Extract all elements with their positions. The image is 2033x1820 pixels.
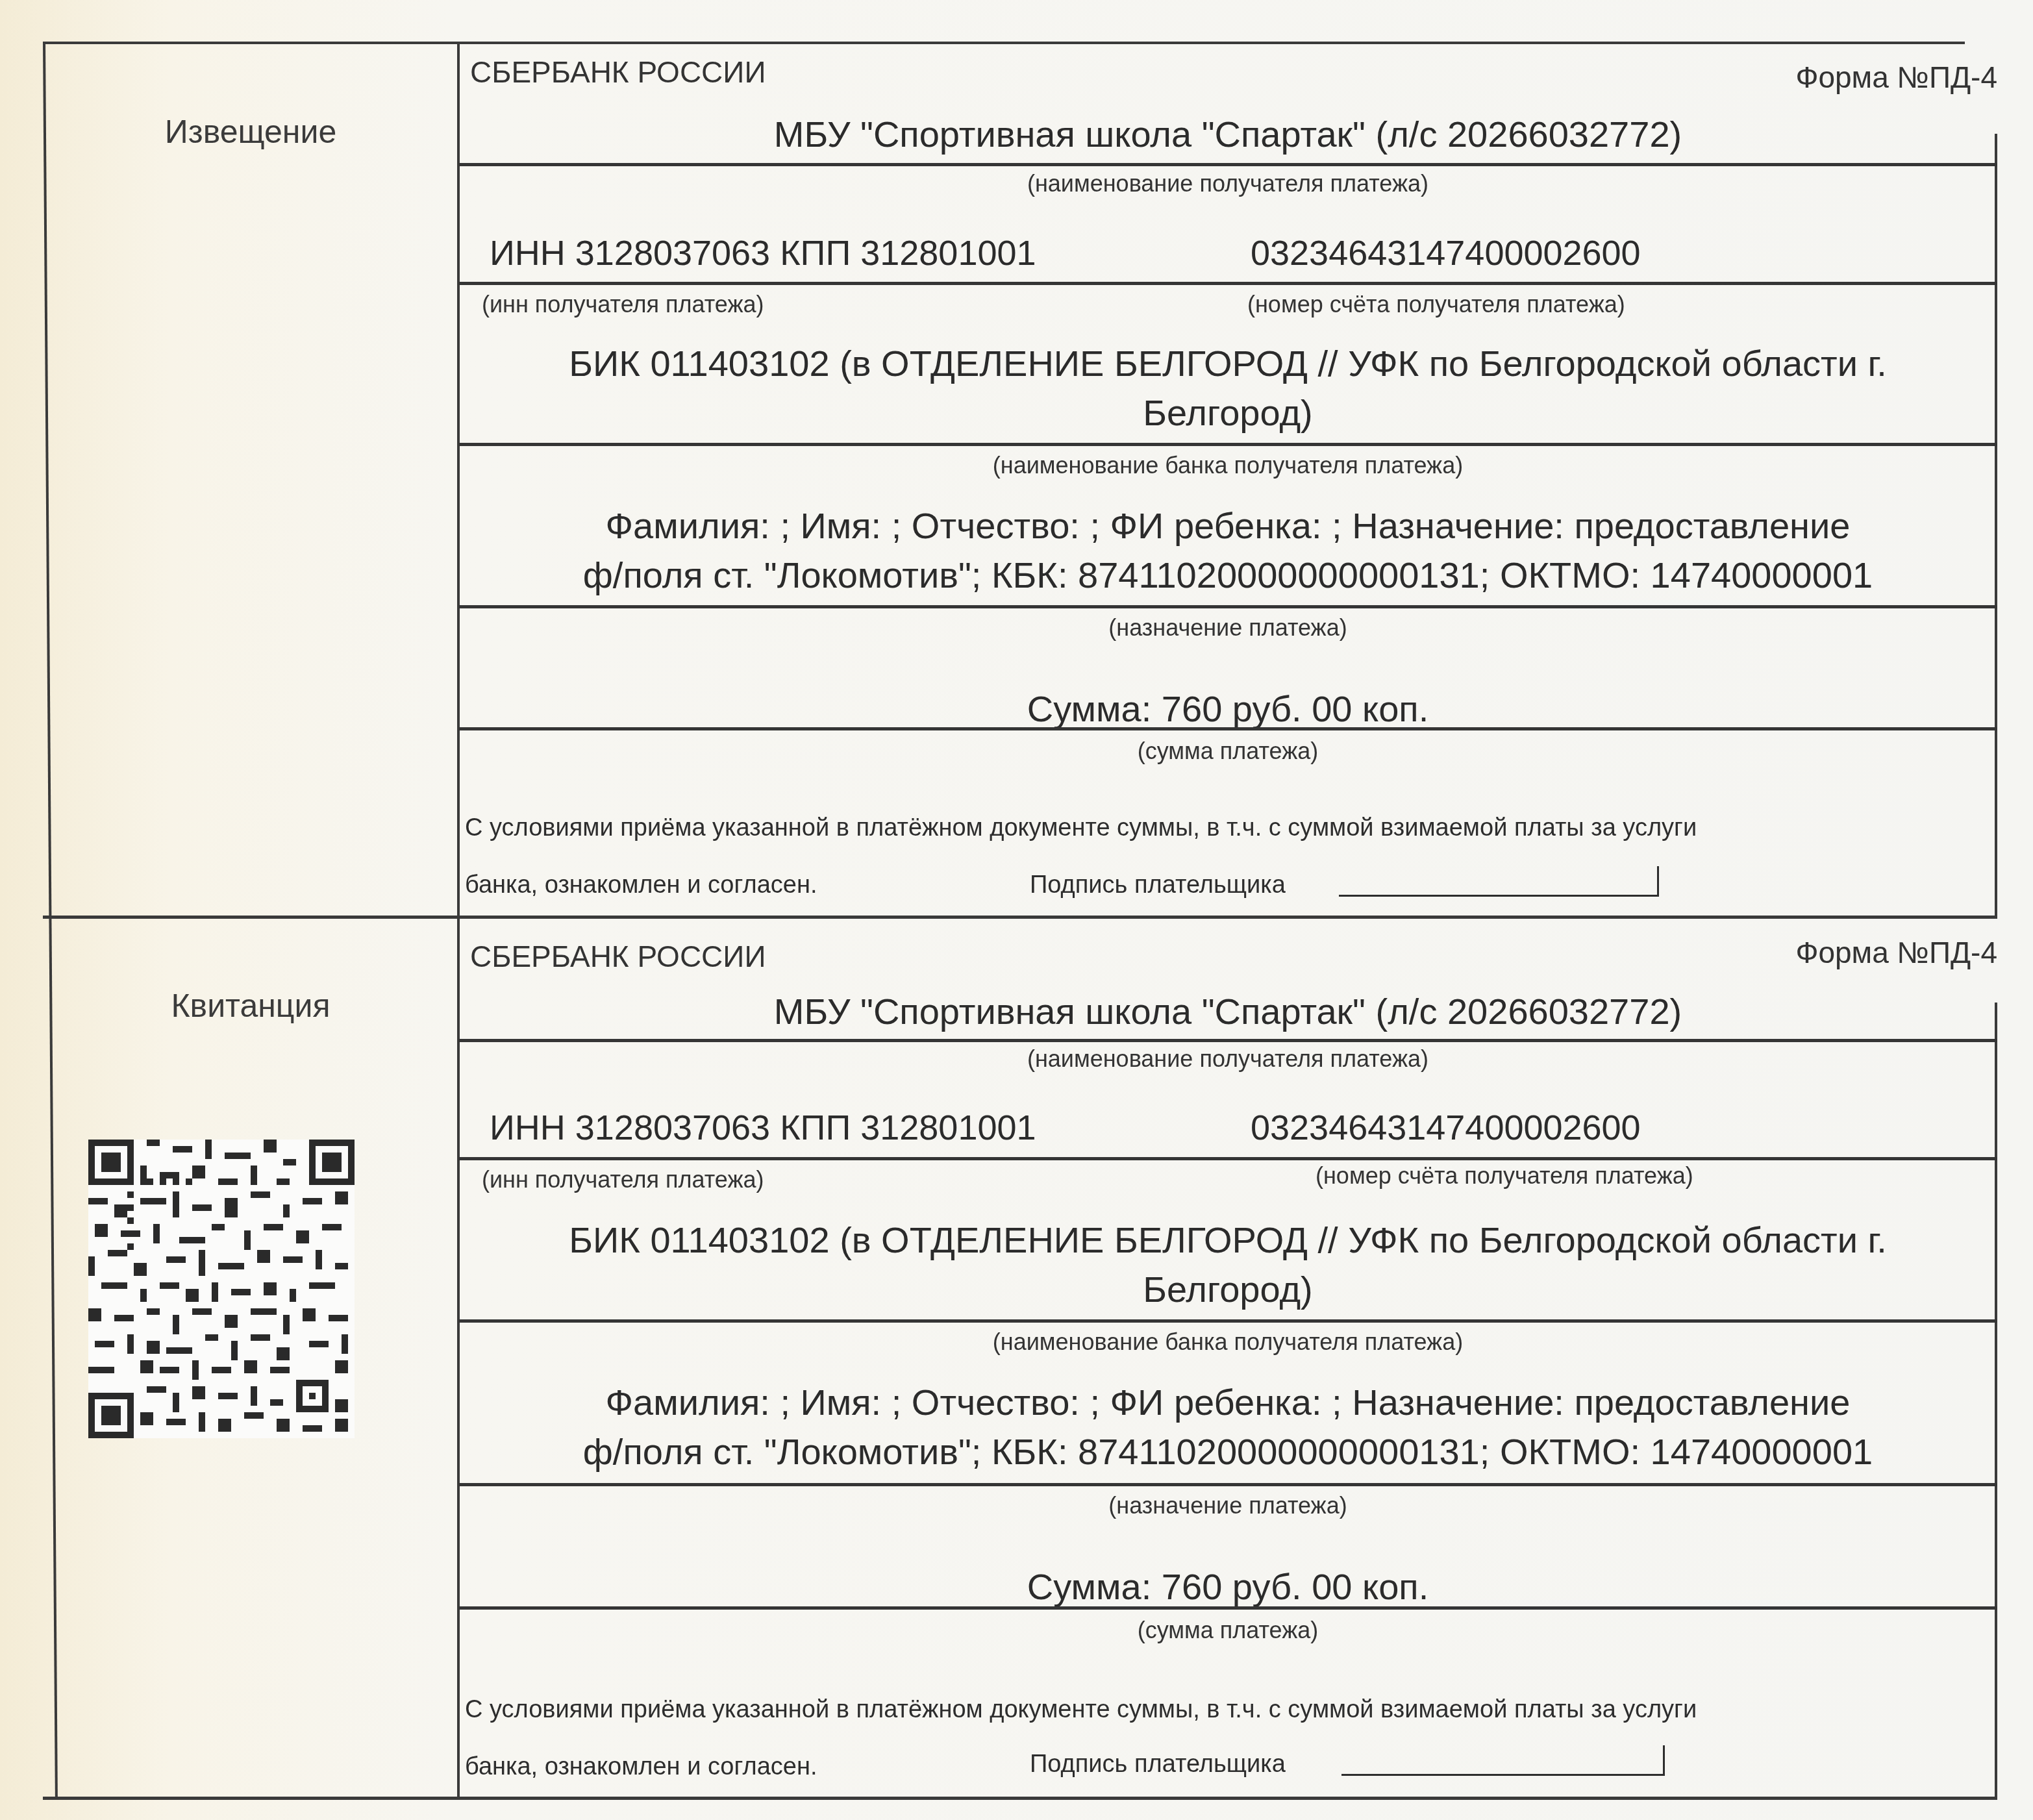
- purpose-caption: (назначение платежа): [458, 1492, 1997, 1519]
- disclaimer-line1: С условиями приёма указанной в платёжном…: [465, 814, 1697, 842]
- account-caption: (номер счёта получателя платежа): [1316, 1162, 1693, 1190]
- row-divider: [458, 1319, 1997, 1323]
- notice-details: СБЕРБАНК РОССИИ Форма №ПД-4 МБУ "Спортив…: [458, 42, 1997, 916]
- row-divider: [458, 443, 1997, 446]
- purpose-caption: (назначение платежа): [458, 614, 1997, 642]
- bank-name: СБЕРБАНК РОССИИ: [470, 939, 766, 974]
- receipt-label: Квитанция: [43, 987, 458, 1025]
- row-divider: [458, 727, 1997, 730]
- bank-caption: (наименование банка получателя платежа): [458, 452, 1997, 479]
- inn-caption: (инн получателя платежа): [482, 1166, 764, 1193]
- purpose-line2: ф/поля ст. "Локомотив"; КБК: 87411020000…: [458, 551, 1997, 600]
- row-divider: [458, 1483, 1997, 1486]
- account-caption: (номер счёта получателя платежа): [1247, 291, 1625, 318]
- signature-field[interactable]: [1339, 866, 1659, 897]
- bank-name: СБЕРБАНК РОССИИ: [470, 55, 766, 90]
- purpose-line1: Фамилия: ; Имя: ; Отчество: ; ФИ ребенка…: [458, 501, 1997, 551]
- amount-caption: (сумма платежа): [458, 738, 1997, 765]
- signature-label: Подпись плательщика: [1030, 1751, 1286, 1778]
- pd4-payment-form: Извещение СБЕРБАНК РОССИИ Форма №ПД-4 МБ…: [43, 42, 1997, 1800]
- inn-kpp: ИНН 3128037063 КПП 312801001: [490, 233, 1036, 273]
- bank-details-line2: Белгород): [458, 388, 1997, 438]
- notice-section: Извещение СБЕРБАНК РОССИИ Форма №ПД-4 МБ…: [43, 42, 1997, 916]
- bank-caption: (наименование банка получателя платежа): [458, 1328, 1997, 1356]
- bank-details-line1: БИК 011403102 (в ОТДЕЛЕНИЕ БЕЛГОРОД // У…: [458, 1215, 1997, 1265]
- notice-label: Извещение: [43, 113, 458, 151]
- recipient-name-caption: (наименование получателя платежа): [458, 170, 1997, 197]
- receipt-section: Квитанция: [43, 916, 1997, 1800]
- recipient-name: МБУ "Спортивная школа "Спартак" (л/с 202…: [458, 987, 1997, 1036]
- account-number: 03234643147400002600: [1251, 233, 1641, 273]
- bank-details-line2: Белгород): [458, 1265, 1997, 1314]
- form-number: Форма №ПД-4: [1795, 60, 1997, 95]
- row-divider: [458, 282, 1997, 285]
- disclaimer-line1: С условиями приёма указанной в платёжном…: [465, 1696, 1697, 1724]
- row-divider: [458, 1039, 1997, 1042]
- purpose-line2: ф/поля ст. "Локомотив"; КБК: 87411020000…: [458, 1427, 1997, 1477]
- form-number: Форма №ПД-4: [1795, 935, 1997, 970]
- purpose-line1: Фамилия: ; Имя: ; Отчество: ; ФИ ребенка…: [458, 1378, 1997, 1427]
- disclaimer-line2: банка, ознакомлен и согласен.: [465, 871, 817, 899]
- amount-caption: (сумма платежа): [458, 1617, 1997, 1644]
- row-divider: [458, 1157, 1997, 1160]
- account-number: 03234643147400002600: [1251, 1108, 1641, 1148]
- amount: Сумма: 760 руб. 00 коп.: [458, 1562, 1997, 1612]
- bank-details-line1: БИК 011403102 (в ОТДЕЛЕНИЕ БЕЛГОРОД // У…: [458, 339, 1997, 388]
- inn-caption: (инн получателя платежа): [482, 291, 764, 318]
- recipient-name-caption: (наименование получателя платежа): [458, 1045, 1997, 1073]
- disclaimer-line2: банка, ознакомлен и согласен.: [465, 1753, 817, 1781]
- signature-label: Подпись плательщика: [1030, 871, 1286, 899]
- amount: Сумма: 760 руб. 00 коп.: [458, 684, 1997, 734]
- row-divider: [458, 1606, 1997, 1610]
- signature-field[interactable]: [1341, 1745, 1665, 1776]
- receipt-details: СБЕРБАНК РОССИИ Форма №ПД-4 МБУ "Спортив…: [458, 916, 1997, 1800]
- recipient-name: МБУ "Спортивная школа "Спартак" (л/с 202…: [458, 110, 1997, 159]
- row-divider: [458, 163, 1997, 166]
- qr-code-icon: [88, 1140, 355, 1438]
- row-divider: [458, 605, 1997, 608]
- inn-kpp: ИНН 3128037063 КПП 312801001: [490, 1108, 1036, 1148]
